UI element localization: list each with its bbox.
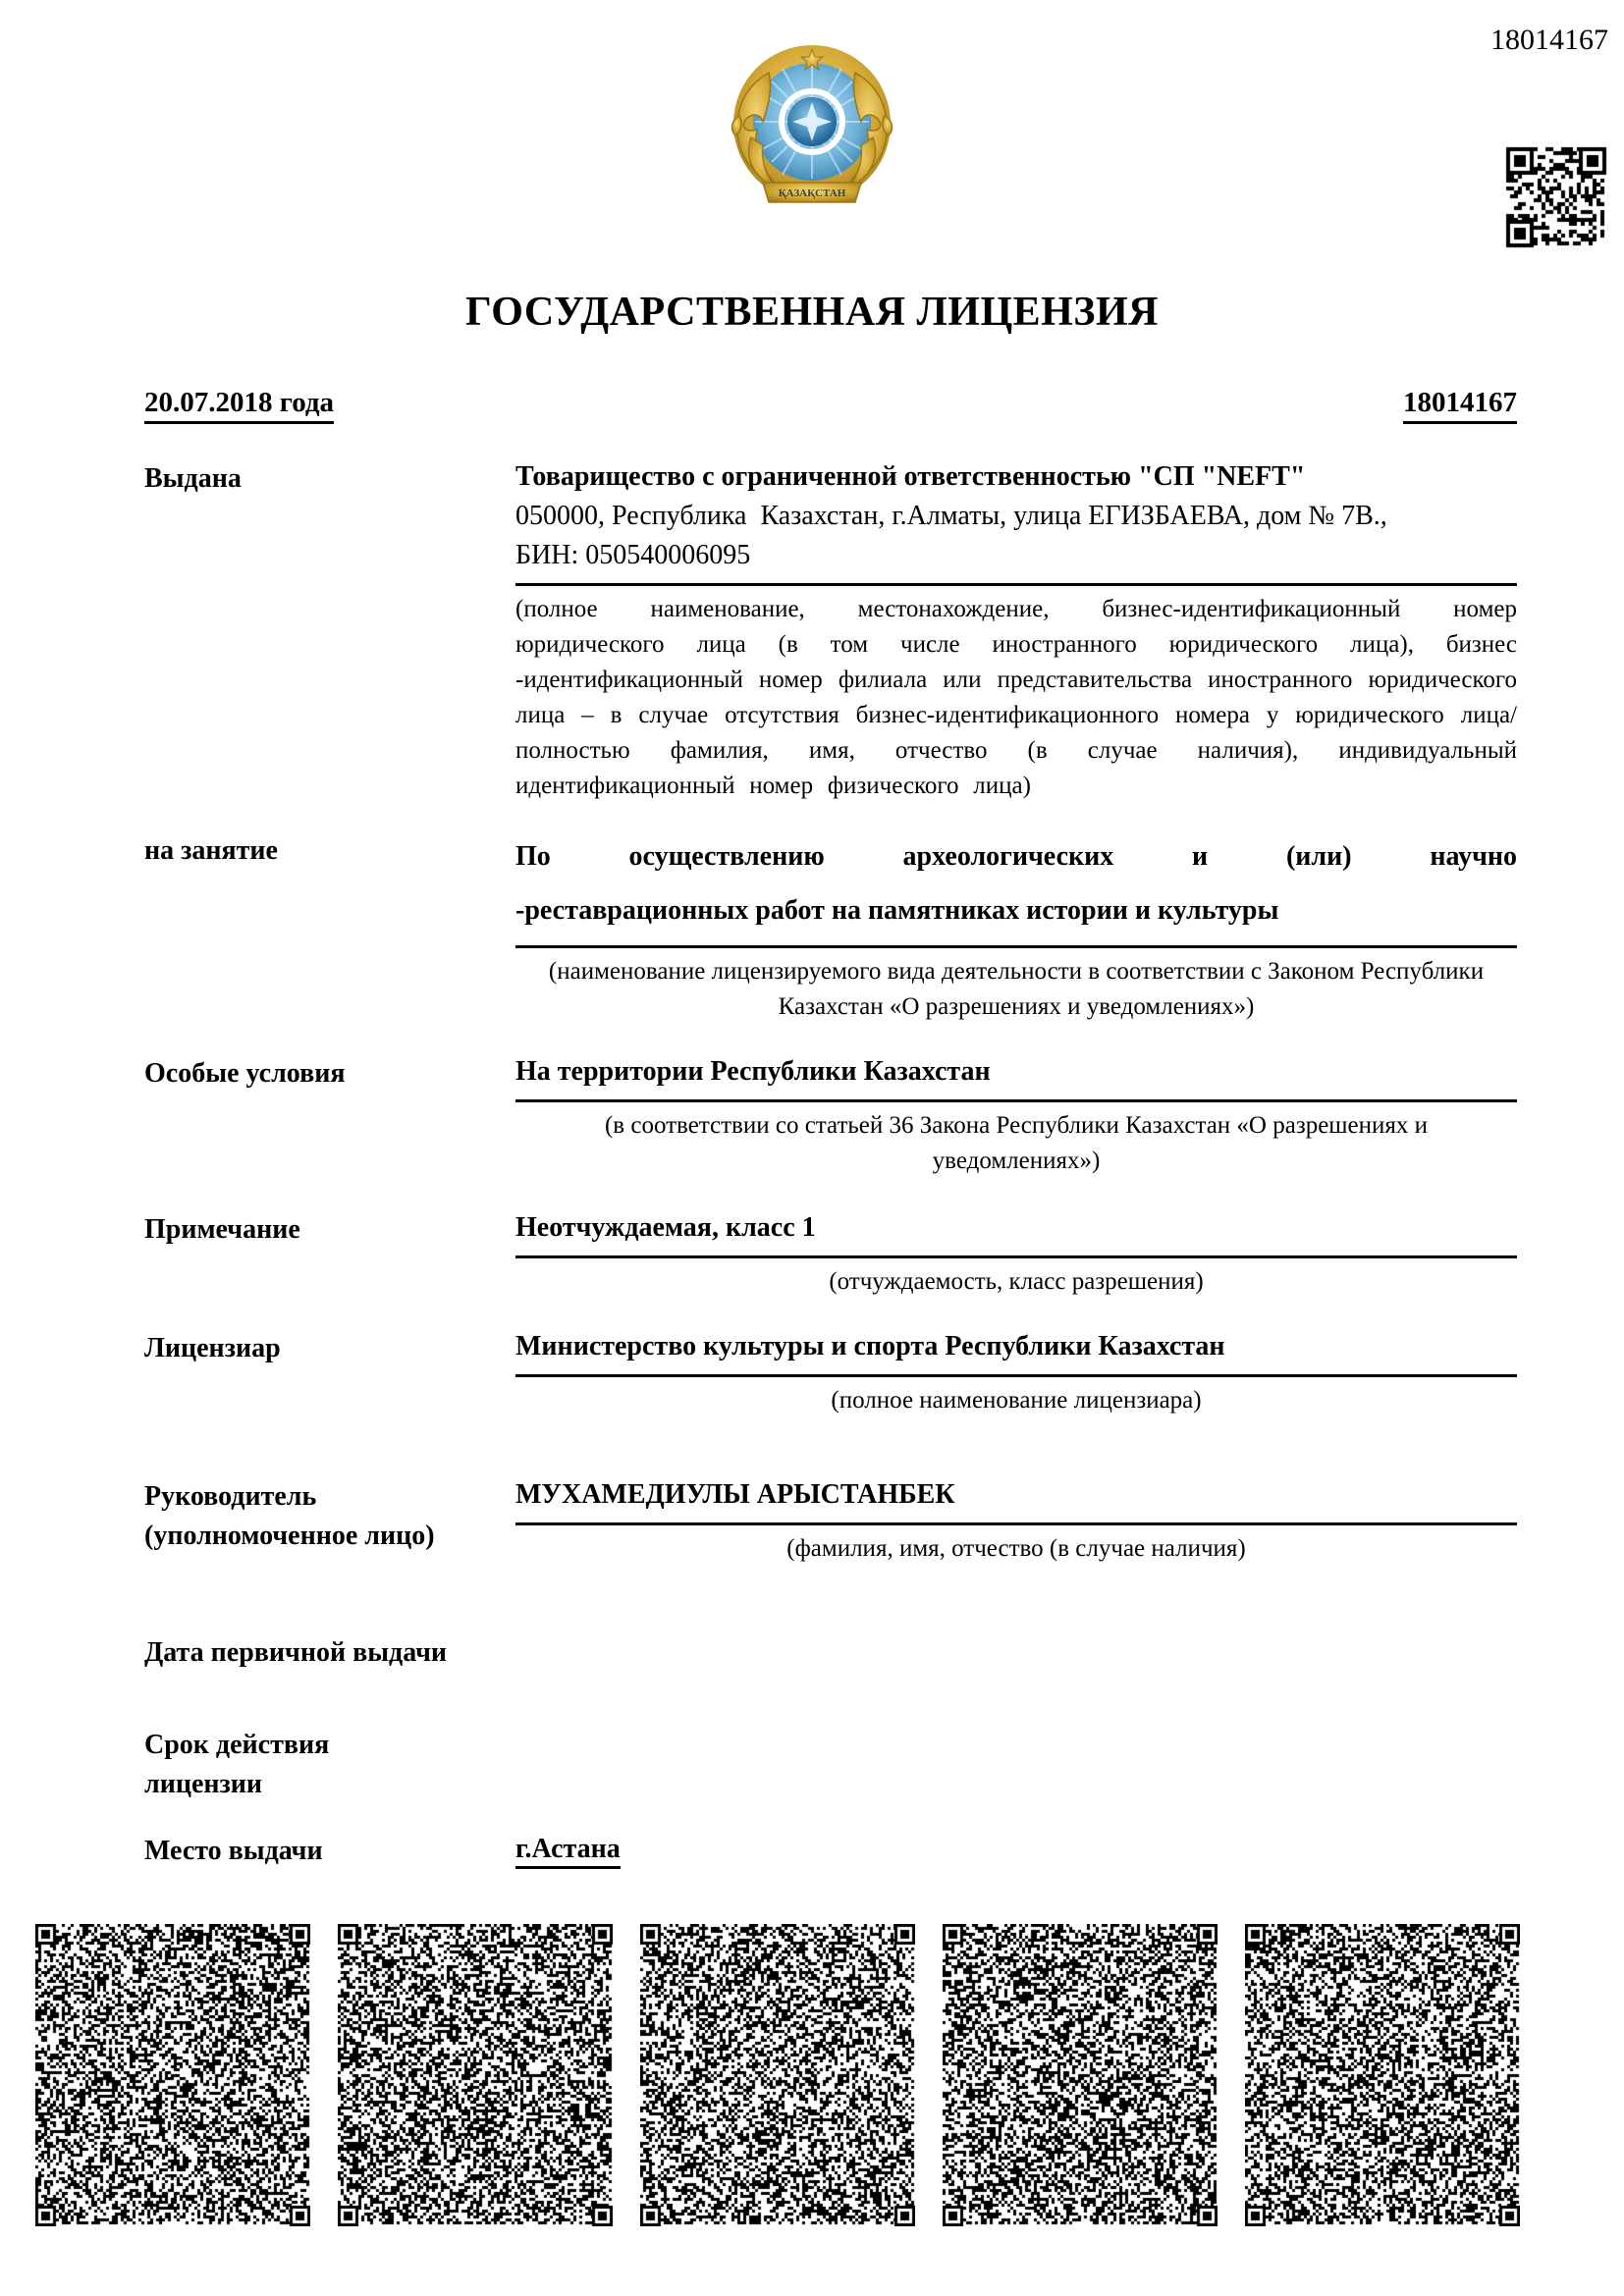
licensor-label: Лицензиар	[144, 1327, 515, 1418]
license-document: 18014167	[0, 0, 1624, 2296]
head-note: (фамилия, имя, отчество (в случае наличи…	[515, 1531, 1517, 1567]
section-first-issue-date: Дата первичной выдачи	[144, 1631, 1517, 1673]
activity-label: на занятие	[144, 829, 515, 1025]
signature-barcode-5	[1245, 1924, 1520, 2226]
remark-value: Неотчуждаемая, класс 1	[515, 1208, 1517, 1258]
signature-barcode-3	[640, 1924, 915, 2226]
company-bin: БИН: 050540006095	[515, 536, 1517, 575]
validity-label: Срок действия лицензии	[144, 1724, 515, 1804]
signature-barcode-strip	[35, 1924, 1520, 2226]
license-number: 18014167	[1403, 387, 1517, 424]
activity-note: (наименование лицензируемого вида деятел…	[515, 954, 1517, 1025]
head-label: Руководитель (уполномоченное лицо)	[144, 1475, 515, 1567]
issued-to-value-block: Товарищество с ограниченной ответственно…	[515, 457, 1517, 586]
section-head: Руководитель (уполномоченное лицо) МУХАМ…	[144, 1475, 1517, 1567]
section-validity: Срок действия лицензии	[144, 1724, 1517, 1804]
activity-value-block: По осуществлению археологических и (или)…	[515, 829, 1517, 948]
date-number-row: 20.07.2018 года 18014167	[144, 387, 1517, 424]
section-activity: на занятие По осуществлению археологичес…	[144, 829, 1517, 1025]
signature-barcode-1	[35, 1924, 310, 2226]
signature-barcode-4	[943, 1924, 1218, 2226]
section-remark: Примечание Неотчуждаемая, класс 1 (отчуж…	[144, 1208, 1517, 1300]
validity-label-line2: лицензии	[144, 1765, 515, 1804]
licensor-value: Министерство культуры и спорта Республик…	[515, 1327, 1517, 1377]
license-number-top: 18014167	[1490, 24, 1608, 57]
company-name: Товарищество с ограниченной ответственно…	[515, 457, 1517, 497]
licensor-note: (полное наименование лицензиара)	[515, 1383, 1517, 1418]
section-special-conditions: Особые условия На территории Республики …	[144, 1052, 1517, 1179]
activity-line-2: -реставрационных работ на памятниках ист…	[515, 883, 1517, 937]
license-body: Выдана Товарищество с ограниченной ответ…	[144, 457, 1517, 1871]
special-conditions-value: На территории Республики Казахстан	[515, 1052, 1517, 1102]
head-label-line2: (уполномоченное лицо)	[144, 1517, 515, 1556]
section-place-of-issue: Место выдачи г.Астана	[144, 1830, 1517, 1871]
kazakhstan-emblem: ҚАЗАҚСТАН	[726, 43, 898, 212]
special-conditions-label: Особые условия	[144, 1052, 515, 1179]
issue-date: 20.07.2018 года	[144, 387, 334, 424]
activity-line-1: По осуществлению археологических и (или)…	[515, 829, 1517, 883]
signature-barcode-2	[338, 1924, 613, 2226]
head-value: МУХАМЕДИУЛЫ АРЫСТАНБЕК	[515, 1475, 1517, 1525]
place-of-issue-value: г.Астана	[515, 1834, 621, 1869]
special-conditions-note: (в соответствии со статьей 36 Закона Рес…	[515, 1108, 1517, 1179]
emblem-banner-text: ҚАЗАҚСТАН	[779, 187, 846, 199]
remark-note: (отчуждаемость, класс разрешения)	[515, 1264, 1517, 1300]
place-of-issue-label: Место выдачи	[144, 1830, 515, 1871]
emblem-banner: ҚАЗАҚСТАН	[763, 183, 861, 202]
head-label-line1: Руководитель	[144, 1477, 515, 1517]
company-address: 050000, Республика Казахстан, г.Алматы, …	[515, 497, 1517, 536]
first-issue-date-label: Дата первичной выдачи	[144, 1631, 515, 1673]
qr-code-top-right	[1502, 143, 1610, 251]
section-licensor: Лицензиар Министерство культуры и спорта…	[144, 1327, 1517, 1418]
section-issued-to: Выдана Товарищество с ограниченной ответ…	[144, 457, 1517, 804]
issued-to-note: (полное наименование, местонахождение, б…	[515, 592, 1517, 804]
remark-label: Примечание	[144, 1208, 515, 1300]
validity-label-line1: Срок действия	[144, 1726, 515, 1765]
issued-to-label: Выдана	[144, 457, 515, 804]
